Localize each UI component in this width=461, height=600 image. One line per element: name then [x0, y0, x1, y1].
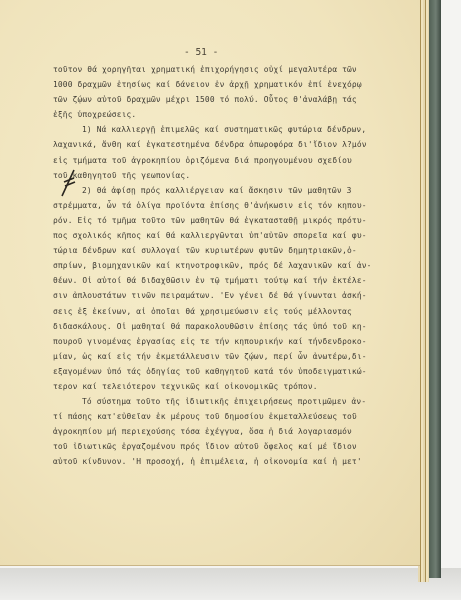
text-line: τοῦ ἰδιωτικῶς ἐργαζομένου πρός ἴδιον αὐτ…	[53, 439, 413, 454]
text-line: λαχανικά, ἄνθη καί ἐγκατεστημένα δένδρα …	[53, 137, 413, 152]
background-surface	[0, 568, 461, 600]
text-line: 1) Νά καλλιεργῇ ἐπιμελῶς καί συστηματικῶ…	[53, 122, 413, 137]
text-line: ἑξῆς ὑποχρεώσεις.	[53, 107, 413, 122]
text-line: Τό σύστημα τοῦτο τῆς ἰδιωτικῆς ἐπιχειρήσ…	[53, 394, 413, 409]
text-line: σπρίων, βιομηχανικῶν καί κτηνοτροφικῶν, …	[53, 258, 413, 273]
text-line: σιν ἀπλουστάτων τινῶν πειραμάτων. 'Εν γέ…	[53, 288, 413, 303]
text-line: τοῦ καθηγητοῦ τῆς γεωπονίας.	[53, 168, 413, 183]
text-line: θέων. Οἱ αὐτοί θά διδαχθῶσιν ἐν τῷ τμήμα…	[53, 273, 413, 288]
text-line: τῶν ζῴων αὐτοῦ δραχμῶν μέχρι 1500 τό πολ…	[53, 92, 413, 107]
text-line: πουροῦ γινομένας ἐργασίας εἰς τε τήν κηπ…	[53, 334, 413, 349]
text-line: σεις ἐξ ἐκείνων, αἱ ὁποῖαι θά χρησιμεύωσ…	[53, 304, 413, 319]
text-line: τί πάσης κατ'εὐθεῖαν ἐκ μέρους τοῦ δημοσ…	[53, 409, 413, 424]
text-line: διδασκάλους. Οἱ μαθηταί θά παρακολουθῶσι…	[53, 319, 413, 334]
text-line: 1000 δραχμῶν ἐτησίως καί δάνειον ἐν ἀρχῇ…	[53, 77, 413, 92]
text-line: πος σχολικός κῆπος καί θά καλλιεργῶνται …	[53, 228, 413, 243]
text-line: μίαν, ὡς καί εἰς τήν ἐκμετάλλευσιν τῶν ζ…	[53, 349, 413, 364]
book-cover-edge	[428, 0, 441, 578]
text-line: αὐτοῦ κίνδυνον. 'Η προσοχή, ἡ ἐπιμέλεια,…	[53, 454, 413, 469]
text-line: ἀγροκηπίου μή περιεχούσης τόσα ἐχέγγυα, …	[53, 424, 413, 439]
text-line: τώρια δένδρων καί συλλογαί τῶν κυριωτέρω…	[53, 243, 413, 258]
text-line: στρέμματα, ὧν τά ὀλίγα προϊόντα ἐπίσης θ…	[53, 198, 413, 213]
handwritten-correction-mark	[58, 168, 80, 198]
text-line: 2) θά ἀφίσῃ πρός καλλιέργειαν καί ἄσκησι…	[53, 183, 413, 198]
text-line: εξαγομένων ὑπό τάς ὁδηγίας τοῦ καθηγητοῦ…	[53, 364, 413, 379]
typewritten-page: - 51 - τοῦτον θά χορηγῆται χρηματική ἐπι…	[0, 0, 420, 566]
text-line: τερον καί τελειότερον τεχνικῶς καί οἰκον…	[53, 379, 413, 394]
text-line: εἰς τμήματα τοῦ ἀγροκηπίου ὁριζόμενα διά…	[53, 153, 413, 168]
page-number: - 51 -	[184, 47, 218, 58]
body-text: τοῦτον θά χορηγῆται χρηματική ἐπιχορήγησ…	[53, 62, 413, 470]
text-line: ρόν. Εἰς τό τμῆμα τοῦτο τῶν μαθητῶν θά ἐ…	[53, 213, 413, 228]
text-line: τοῦτον θά χορηγῆται χρηματική ἐπιχορήγησ…	[53, 62, 413, 77]
